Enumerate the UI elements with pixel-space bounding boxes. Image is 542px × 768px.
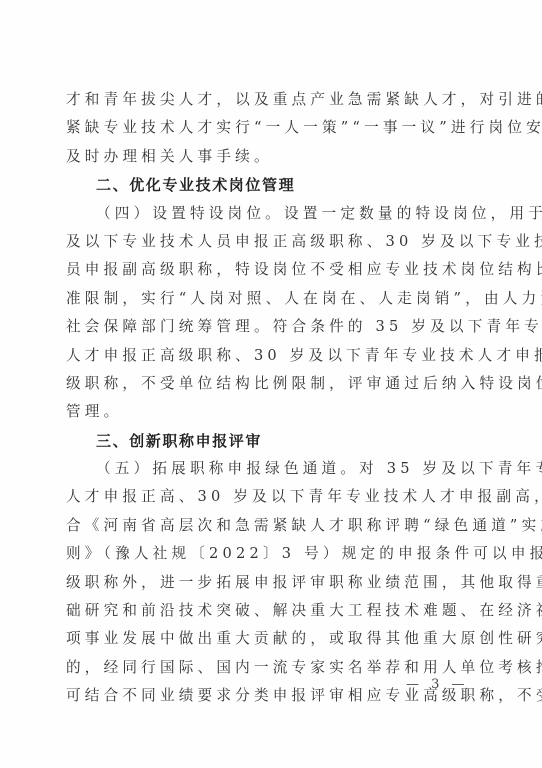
document-page: 才和青年拔尖人才，以及重点产业急需紧缺人才，对引进的急需 紧缺专业技术人才实行“… xyxy=(0,0,542,768)
text-line: 管理。 xyxy=(66,398,474,426)
paragraph-4-start: （四）设置特设岗位。设置一定数量的特设岗位，用于 35 岁 xyxy=(66,200,474,228)
text-line: 员申报副高级职称，特设岗位不受相应专业技术岗位结构比例标 xyxy=(66,256,474,284)
text-line: 及时办理相关人事手续。 xyxy=(66,143,474,171)
text-line: 才和青年拔尖人才，以及重点产业急需紧缺人才，对引进的急需 xyxy=(66,86,474,114)
text-line: 紧缺专业技术人才实行“一人一策”“一事一议”进行岗位安排， xyxy=(66,114,474,142)
text-line: 及以下专业技术人员申报正高级职称、30 岁及以下专业技术人 xyxy=(66,228,474,256)
paragraph-5-start: （五）拓展职称申报绿色通道。对 35 岁及以下青年专业技术 xyxy=(66,455,474,483)
text-line: 础研究和前沿技术突破、解决重大工程技术难题、在经济社会各 xyxy=(66,597,474,625)
section-heading-2: 二、优化专业技术岗位管理 xyxy=(66,171,474,199)
text-line: 则》（豫人社规〔2022〕3 号）规定的申报条件可以申报相应高 xyxy=(66,540,474,568)
text-line: 项事业发展中做出重大贡献的，或取得其他重大原创性研究成果 xyxy=(66,625,474,653)
body-text: 才和青年拔尖人才，以及重点产业急需紧缺人才，对引进的急需 紧缺专业技术人才实行“… xyxy=(66,86,474,711)
page-number: — 3 — xyxy=(406,677,469,692)
text-line: 准限制，实行“人岗对照、人在岗在、人走岗销”，由人力资源 xyxy=(66,285,474,313)
text-line: 人才申报正高、30 岁及以下青年专业技术人才申报副高，除符 xyxy=(66,483,474,511)
text-line: 级职称，不受单位结构比例限制，评审通过后纳入特设岗位 xyxy=(66,370,474,398)
text-line: 合《河南省高层次和急需紧缺人才职称评聘“绿色通道”实施细 xyxy=(66,512,474,540)
section-heading-3: 三、创新职称申报评审 xyxy=(66,427,474,455)
text-line: 社会保障部门统筹管理。符合条件的 35 岁及以下青年专业技术 xyxy=(66,313,474,341)
text-line: 人才申报正高级职称、30 岁及以下青年专业技术人才申报副高 xyxy=(66,342,474,370)
text-line: 级职称外，进一步拓展申报评审职称业绩范围，其他取得重大基 xyxy=(66,569,474,597)
